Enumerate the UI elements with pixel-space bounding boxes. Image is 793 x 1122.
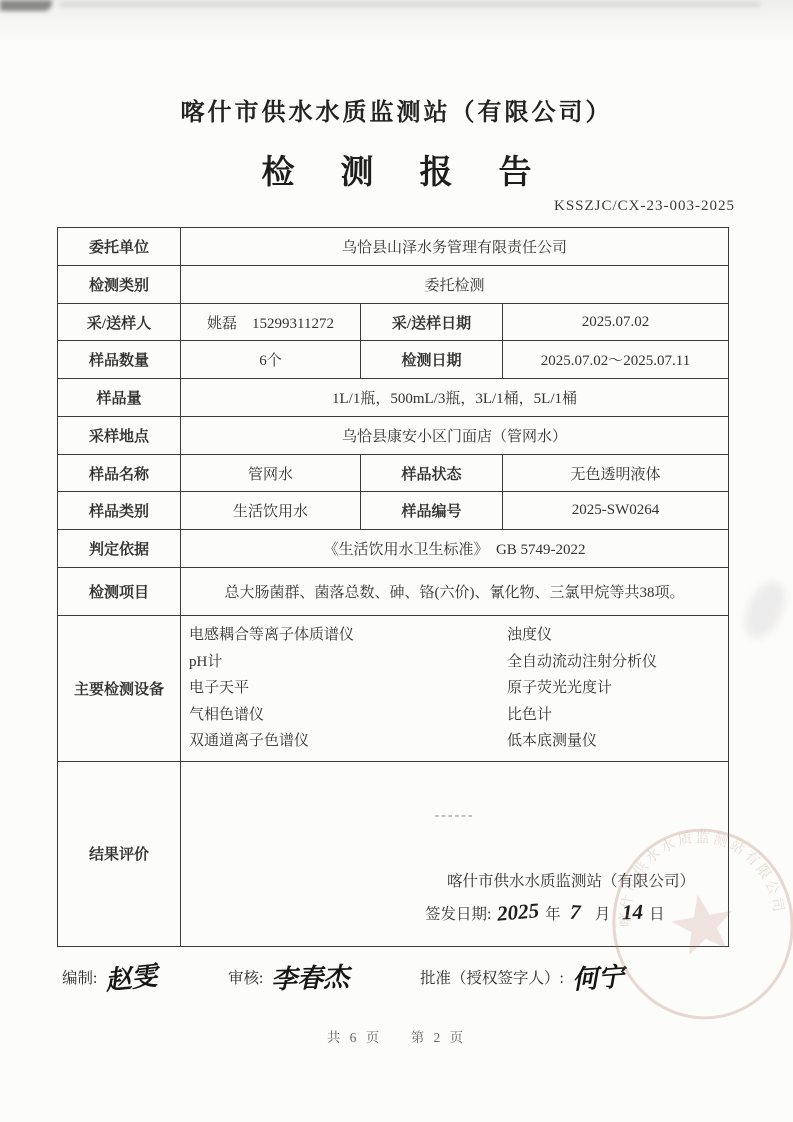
report-title: 检测报告 [23,146,793,193]
table-row: 样品数量 6个 检测日期 2025.07.02～2025.07.11 [58,341,729,379]
result-evaluation-cell: ------ 喀什市供水水质监测站（有限公司） 签发日期: 2025 年 7 月… [181,761,729,946]
equipment-item: 电感耦合等离子体质谱仪 [189,622,507,649]
sample-name-value: 管网水 [181,455,361,492]
issue-date-label: 签发日期: [425,906,491,923]
equipment-item: 全自动流动注射分析仪 [507,649,657,676]
equipment-list-right: 浊度仪 全自动流动注射分析仪 原子荧光光度计 比色计 低本底测量仪 [507,622,657,755]
reviewed-by-group: 审核: 李春杰 [228,958,349,995]
equipment-list-left: 电感耦合等离子体质谱仪 pH计 电子天平 气相色谱仪 双通道离子色谱仪 [189,622,507,755]
sampling-date-value: 2025.07.02 [503,304,729,341]
equipment-item: 原子荧光光度计 [507,675,657,702]
sample-no-value: 2025-SW0264 [503,492,729,530]
test-items-value: 总大肠菌群、菌落总数、砷、铬(六价)、氰化物、三氯甲烷等共38项。 [181,568,729,616]
scan-corner-smudge [0,0,52,11]
sampler-value: 姚磊 15299311272 [181,304,361,341]
current-page: 第 2 页 [411,1030,467,1045]
scan-side-smudge [737,576,793,645]
table-row: 委托单位 乌恰县山泽水务管理有限责任公司 [58,228,729,266]
table-row: 主要检测设备 电感耦合等离子体质谱仪 pH计 电子天平 气相色谱仪 双通道离子色… [58,616,729,762]
sampling-site-value: 乌恰县康安小区门面店（管网水） [181,417,729,455]
total-pages: 共 6 页 [327,1030,383,1045]
equipment-item: 双通道离子色谱仪 [189,728,507,755]
table-row: 采/送样人 姚磊 15299311272 采/送样日期 2025.07.02 [58,304,729,341]
equipment-label: 主要检测设备 [58,616,181,762]
sample-count-label: 样品数量 [58,341,181,379]
sampling-date-label: 采/送样日期 [361,304,503,341]
sample-amount-value: 1L/1瓶，500mL/3瓶，3L/1桶，5L/1桶 [181,379,729,417]
table-row: 样品量 1L/1瓶，500mL/3瓶，3L/1桶，5L/1桶 [58,379,729,417]
sample-state-value: 无色透明液体 [503,455,729,492]
equipment-item: 低本底测量仪 [507,728,657,755]
equipment-list: 电感耦合等离子体质谱仪 pH计 电子天平 气相色谱仪 双通道离子色谱仪 浊度仪 … [187,618,722,759]
judgment-basis-value: 《生活饮用水卫生标准》 GB 5749-2022 [181,530,729,568]
sample-category-value: 生活饮用水 [181,492,361,530]
reviewed-by-signature: 李春杰 [271,957,350,997]
issue-day-unit: 日 [649,906,665,923]
sample-no-label: 样品编号 [361,492,503,530]
table-row: 检测类别 委托检测 [58,266,729,304]
table-row: 样品名称 管网水 样品状态 无色透明液体 [58,455,729,492]
equipment-item: 比色计 [507,702,657,729]
table-row: 检测项目 总大肠菌群、菌落总数、砷、铬(六价)、氰化物、三氯甲烷等共38项。 [58,568,729,616]
test-items-label: 检测项目 [58,568,181,616]
sample-state-label: 样品状态 [361,455,503,492]
approved-by-group: 批准（授权签字人）: 何宁 [420,958,624,995]
test-type-value: 委托检测 [181,266,729,304]
issue-block: 喀什市供水水质监测站（有限公司） 签发日期: 2025 年 7 月 14 日 [425,867,695,930]
test-date-value: 2025.07.02～2025.07.11 [503,341,729,379]
reviewed-by-label: 审核: [228,966,263,988]
organization-title: 喀什市供水水质监测站（有限公司） [0,92,793,127]
result-evaluation-label: 结果评价 [58,761,181,946]
table-row: 结果评价 ------ 喀什市供水水质监测站（有限公司） 签发日期: 2025 … [58,761,729,946]
page-footer: 共 6 页 第 2 页 [0,1026,793,1046]
signature-row: 编制: 赵雯 审核: 李春杰 批准（授权签字人）: 何宁 [0,948,793,1000]
approved-by-signature: 何宁 [571,956,625,997]
issue-year-unit: 年 [545,906,561,923]
issuer-organization: 喀什市供水水质监测站（有限公司） [425,867,695,897]
test-date-label: 检测日期 [361,341,503,379]
sample-amount-label: 样品量 [58,379,181,417]
equipment-item: 浊度仪 [507,622,657,649]
issue-month-unit: 月 [595,906,611,923]
equipment-item: pH计 [189,649,507,676]
result-placeholder-dashes: ------ [181,808,728,824]
issue-year-handwritten: 2025 [496,895,540,929]
client-label: 委托单位 [58,228,181,266]
table-row: 判定依据 《生活饮用水卫生标准》 GB 5749-2022 [58,530,729,568]
equipment-item: 气相色谱仪 [189,702,507,729]
sampler-label: 采/送样人 [58,304,181,341]
approved-by-label: 批准（授权签字人）: [420,966,564,988]
document-code: KSSZJC/CX-23-003-2025 [554,198,735,215]
prepared-by-signature: 赵雯 [104,955,160,997]
issue-day-handwritten: 14 [622,896,644,927]
issue-date-line: 签发日期: 2025 年 7 月 14 日 [425,897,695,930]
test-type-label: 检测类别 [58,266,181,304]
sampling-site-label: 采样地点 [58,417,181,455]
sample-name-label: 样品名称 [58,455,181,492]
judgment-basis-label: 判定依据 [58,530,181,568]
table-row: 采样地点 乌恰县康安小区门面店（管网水） [58,417,729,455]
sample-count-value: 6个 [181,341,361,379]
scan-edge-smudge [60,2,760,7]
sample-category-label: 样品类别 [58,492,181,530]
report-info-table: 委托单位 乌恰县山泽水务管理有限责任公司 检测类别 委托检测 采/送样人 姚磊 … [57,227,729,947]
client-value: 乌恰县山泽水务管理有限责任公司 [181,228,729,266]
equipment-cell: 电感耦合等离子体质谱仪 pH计 电子天平 气相色谱仪 双通道离子色谱仪 浊度仪 … [181,616,729,762]
prepared-by-label: 编制: [62,966,97,988]
prepared-by-group: 编制: 赵雯 [62,958,157,995]
equipment-item: 电子天平 [189,675,507,702]
table-row: 样品类别 生活饮用水 样品编号 2025-SW0264 [58,492,729,530]
issue-month-handwritten: 7 [570,896,582,927]
